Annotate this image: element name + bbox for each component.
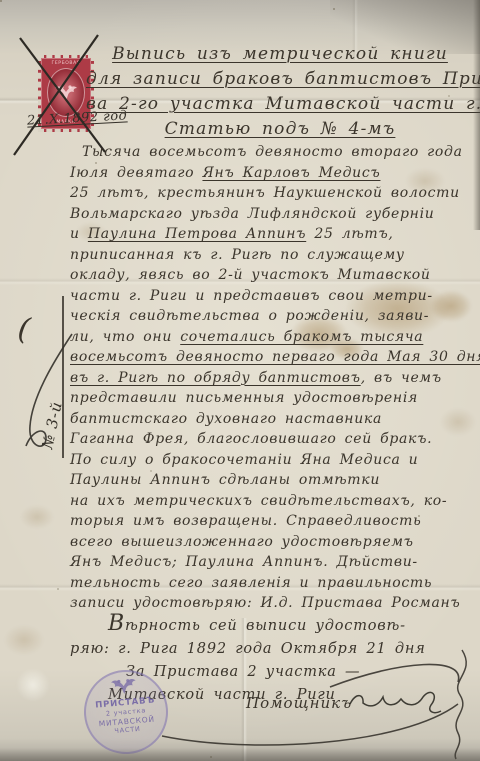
handwritten-text: ли, что они (70, 329, 180, 345)
margin-flourish (6, 330, 76, 480)
document-body: Тысяча восемьсотъ девяносто втораго года… (70, 142, 480, 614)
text-line: представили письменныя удостовѣренія (70, 388, 480, 409)
double-eagle-icon (53, 83, 79, 103)
text-line: ческія свидѣтельства о рожденіи, заяви- (70, 306, 480, 327)
document-page: ГЕРБОВАЯ МАРКА 21.X.1892 год Выпись изъ … (0, 0, 480, 761)
handwritten-text: тельность сего заявленія и правильность (70, 575, 432, 591)
pale-spot (16, 668, 50, 702)
handwritten-text: окладу, явясь во 2-й участокъ Митавской (70, 267, 431, 283)
text-line: Паулины Аппинъ сдѣланы отмѣтки (70, 470, 480, 491)
handwritten-text: и (70, 226, 88, 242)
text-line: тельность сего заявленія и правильность (70, 573, 480, 594)
handwritten-text: торыя имъ возвращены. Справедливость (70, 513, 421, 529)
document-title: Выпись изъ метрической книгидля записи б… (86, 42, 474, 142)
signature-prefix: Помощникъ (246, 694, 352, 712)
foxing-stain (4, 625, 44, 655)
text-line: Вольмарскаго уѣзда Лифляндской губерніи (70, 204, 480, 225)
text-line: баптистскаго духовнаго наставника (70, 409, 480, 430)
text-line: въ г. Ригѣ по обряду баптистовъ, въ чемъ (70, 368, 480, 389)
handwritten-text: Вѣрность сей выписи удостовѣ- (108, 618, 406, 634)
text-line: Вѣрность сей выписи удостовѣ- (70, 612, 480, 638)
handwritten-text: Іюля девятаго (70, 165, 202, 181)
text-line: всего вышеизложеннаго удостовѣряемъ (70, 532, 480, 553)
handwritten-text: Паулины Аппинъ сдѣланы отмѣтки (70, 472, 380, 488)
page-edge (0, 748, 480, 761)
handwritten-text: всего вышеизложеннаго удостовѣряемъ (70, 534, 414, 550)
text-line: Янъ Медисъ; Паулина Аппинъ. Дѣйстви- (70, 552, 480, 573)
foxing-stain (20, 505, 54, 529)
paper-specks (0, 0, 2, 2)
handwritten-text: сочетались бракомъ тысяча (180, 329, 423, 345)
handwritten-text: для записи браковъ баптистовъ Приста- (86, 69, 480, 89)
handwritten-text: приписанная къ г. Ригѣ по служащему (70, 247, 405, 263)
text-line: на ихъ метрическихъ свидѣтельствахъ, ко- (70, 491, 480, 512)
stamp-label: ГЕРБОВАЯ (41, 61, 91, 66)
text-line: окладу, явясь во 2-й участокъ Митавской (70, 265, 480, 286)
text-line: восемьсотъ девяносто перваго года Мая 30… (70, 347, 480, 368)
text-line: части г. Риги и представивъ свои метри- (70, 286, 480, 307)
handwritten-text: части г. Риги и представивъ свои метри- (70, 288, 433, 304)
handwritten-text: ряю: г. Рига 1892 года Октября 21 дня (70, 641, 426, 657)
handwritten-text: въ г. Ригѣ по обряду баптистовъ (70, 370, 361, 386)
text-line: ли, что они сочетались бракомъ тысяча (70, 327, 480, 348)
page-edge (473, 0, 480, 230)
handwritten-text: Гаганна Фрея, благословившаго сей бракъ. (70, 431, 432, 447)
text-line: торыя имъ возвращены. Справедливость (70, 511, 480, 532)
text-line: По силу о бракосочетаніи Яна Медиса и (70, 450, 480, 471)
handwritten-text: ческія свидѣтельства о рожденіи, заяви- (70, 308, 429, 324)
handwritten-text: представили письменныя удостовѣренія (70, 390, 418, 406)
handwritten-text: Янъ Карловъ Медисъ (202, 165, 380, 181)
text-line: и Паулина Петрова Аппинъ 25 лѣтъ, (70, 224, 480, 245)
handwritten-text: По силу о бракосочетаніи Яна Медиса и (70, 452, 418, 468)
handwritten-text: Янъ Медисъ; Паулина Аппинъ. Дѣйстви- (70, 554, 418, 570)
text-line: Статью подъ № 4-мъ (86, 117, 474, 142)
text-line: ряю: г. Рига 1892 года Октября 21 дня (70, 638, 480, 661)
text-line: приписанная къ г. Ригѣ по служащему (70, 245, 480, 266)
handwritten-text: записи удостовѣряю: И.д. Пристава Росман… (70, 595, 460, 611)
text-line: Іюля девятаго Янъ Карловъ Медисъ (70, 163, 480, 184)
handwritten-text: Вольмарскаго уѣзда Лифляндской губерніи (70, 206, 435, 222)
handwritten-text: Статью подъ № 4-мъ (165, 119, 396, 139)
text-line: записи удостовѣряю: И.д. Пристава Росман… (70, 593, 480, 614)
handwritten-text: 25 лѣтъ, крестьянинъ Наукшенской волости (70, 185, 460, 201)
corner-shadow (330, 0, 480, 54)
text-line: Гаганна Фрея, благословившаго сей бракъ. (70, 429, 480, 450)
handwritten-text: восемьсотъ девяносто перваго года Мая 30… (70, 349, 480, 365)
text-line: ва 2-го участка Митавской части г. Риги (86, 92, 474, 117)
seal-text: ПРИСТАВЪ2 участкаМИТАВСКОЙЧАСТИ (85, 696, 168, 739)
handwritten-text: 25 лѣтъ, (306, 226, 393, 242)
handwritten-text: Тысяча восемьсотъ девяносто втораго года (82, 144, 463, 160)
handwritten-text: ва 2-го участка Митавской части г. Риги (86, 94, 480, 114)
handwritten-text: , въ чемъ (361, 370, 442, 386)
text-line: для записи браковъ баптистовъ Приста- (86, 67, 474, 92)
text-line: Тысяча восемьсотъ девяносто втораго года (70, 142, 480, 163)
handwritten-text: баптистскаго духовнаго наставника (70, 411, 382, 427)
official-seal: ПРИСТАВЪ2 участкаМИТАВСКОЙЧАСТИ (80, 666, 171, 757)
text-line: 25 лѣтъ, крестьянинъ Наукшенской волости (70, 183, 480, 204)
handwritten-text: Паулина Петрова Аппинъ (88, 226, 306, 242)
handwritten-text: на ихъ метрическихъ свидѣтельствахъ, ко- (70, 493, 447, 509)
stamp-oval (47, 68, 85, 117)
